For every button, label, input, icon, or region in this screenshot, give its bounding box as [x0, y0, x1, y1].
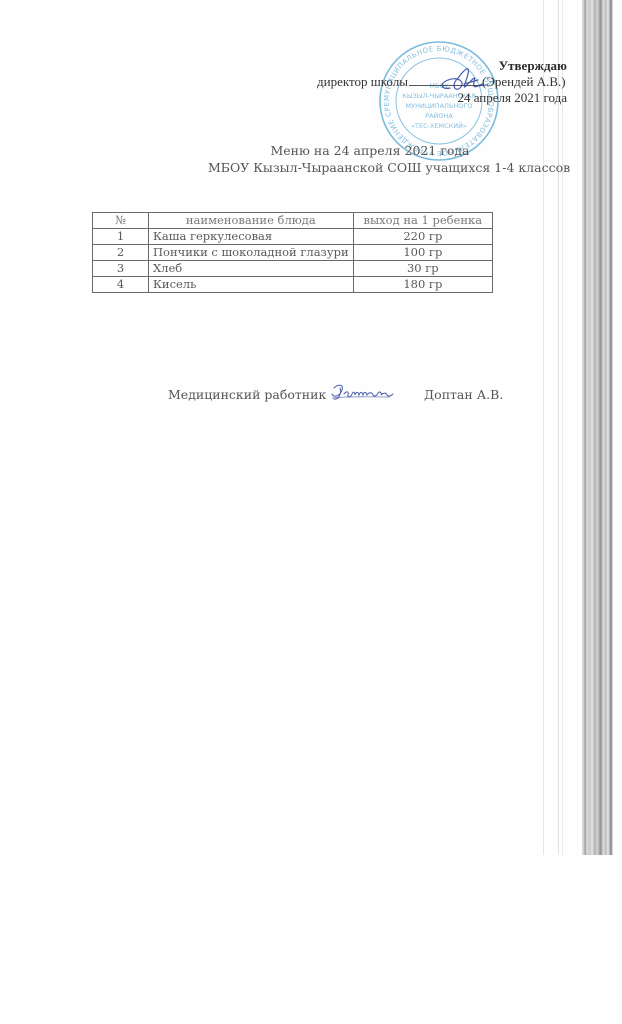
scan-streak	[562, 0, 563, 855]
menu-title: Меню на 24 апреля 2021 года	[0, 143, 622, 158]
row-number: 4	[93, 277, 149, 293]
scan-streak-band	[582, 0, 613, 855]
table-row: 3 Хлеб 30 гр	[93, 261, 493, 277]
svg-text:«ТЕС-ХЕМСКИЙ»: «ТЕС-ХЕМСКИЙ»	[411, 121, 467, 130]
school-title: МБОУ Кызыл-Чыраанской СОШ учащихся 1-4 к…	[208, 160, 570, 175]
column-header-number: №	[93, 213, 149, 229]
dish-name: Каша геркулесовая	[149, 229, 354, 245]
medical-worker-label: Медицинский работник	[168, 387, 326, 402]
row-number: 1	[93, 229, 149, 245]
medical-worker-signature-icon	[328, 380, 398, 405]
dish-name: Пончики с шоколадной глазури	[149, 245, 354, 261]
table-row: 1 Каша геркулесовая 220 гр	[93, 229, 493, 245]
table-header-row: № наименование блюда выход на 1 ребенка	[93, 213, 493, 229]
document-page: МУНИЦИПАЛЬНОЕ БЮДЖЕТНОЕ ОБЩЕОБРАЗОВАТЕЛЬ…	[0, 0, 622, 1024]
dish-yield: 100 гр	[353, 245, 492, 261]
row-number: 2	[93, 245, 149, 261]
scan-streak	[543, 0, 544, 855]
dish-name: Кисель	[149, 277, 354, 293]
approval-date: 24 апреля 2021 года	[457, 90, 567, 106]
position-label: директор школы	[317, 74, 408, 89]
dish-name: Хлеб	[149, 261, 354, 277]
approval-position-line: директор школы(Эрендей А.В.)	[317, 74, 566, 90]
table-row: 2 Пончики с шоколадной глазури 100 гр	[93, 245, 493, 261]
signature-underline	[409, 74, 481, 86]
table-row: 4 Кисель 180 гр	[93, 277, 493, 293]
scan-streak	[558, 0, 559, 855]
row-number: 3	[93, 261, 149, 277]
medical-worker-name: Доптан А.В.	[424, 387, 503, 402]
dish-yield: 30 гр	[353, 261, 492, 277]
approval-title: Утверждаю	[499, 58, 567, 74]
menu-table: № наименование блюда выход на 1 ребенка …	[92, 212, 493, 293]
dish-yield: 220 гр	[353, 229, 492, 245]
column-header-yield: выход на 1 ребенка	[353, 213, 492, 229]
dish-yield: 180 гр	[353, 277, 492, 293]
signatory-name: (Эрендей А.В.)	[482, 74, 566, 89]
svg-text:РАЙОНА: РАЙОНА	[425, 111, 453, 120]
column-header-dish: наименование блюда	[149, 213, 354, 229]
